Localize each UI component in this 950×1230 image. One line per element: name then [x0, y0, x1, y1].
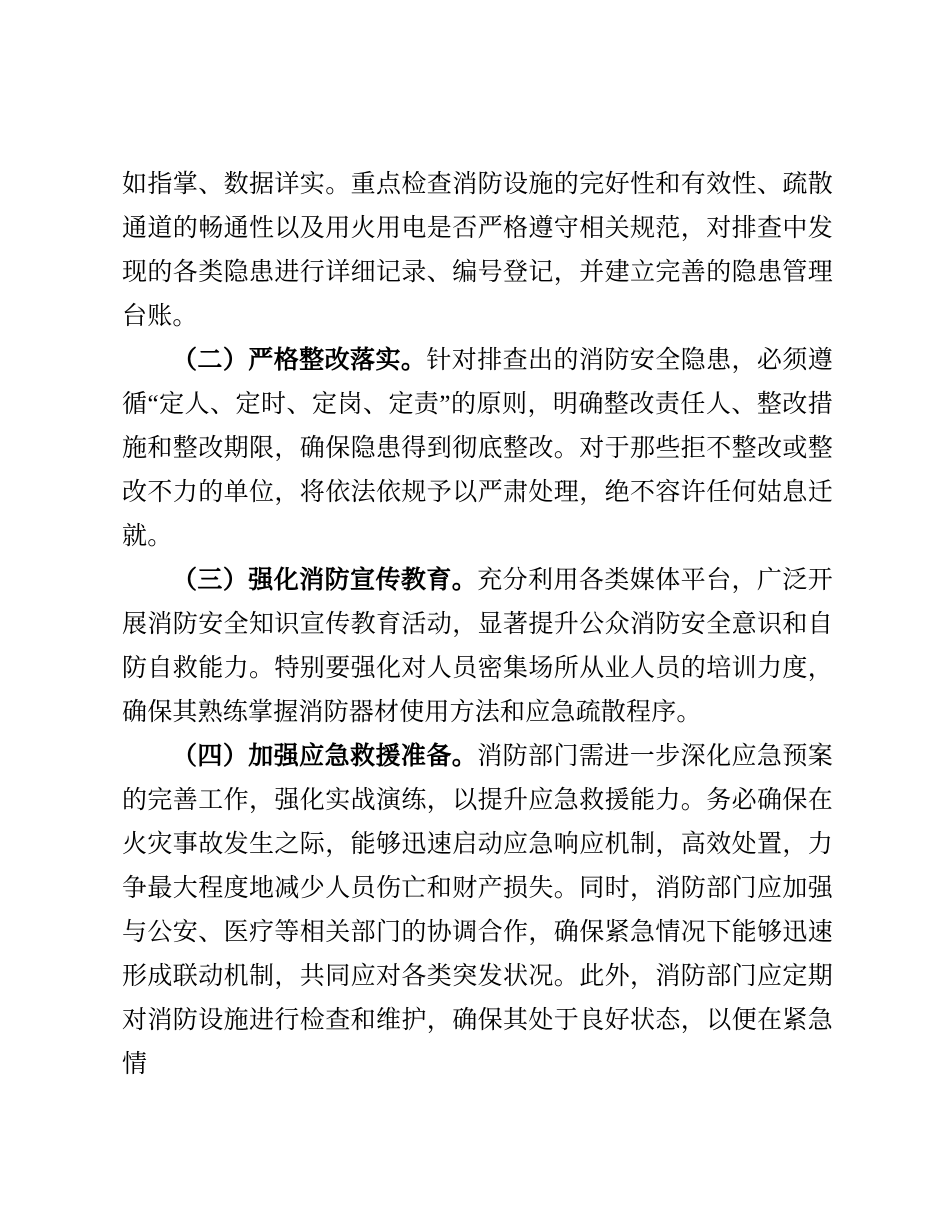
paragraph-continuation: 如指掌、数据详实。重点检查消防设施的完好性和有效性、疏散通道的畅通性以及用火用电…: [122, 163, 833, 339]
section-heading: （四）加强应急救援准备。: [172, 743, 477, 770]
paragraph-text: 针对排查出的消防安全隐患，必须遵循“定人、定时、定岗、定责”的原则，明确整改责任…: [122, 347, 833, 550]
document-body: 如指掌、数据详实。重点检查消防设施的完好性和有效性、疏散通道的畅通性以及用火用电…: [122, 163, 833, 1087]
paragraph-section-3: （三）强化消防宣传教育。充分利用各类媒体平台，广泛开展消防安全知识宣传教育活动，…: [122, 559, 833, 735]
document-page: 如指掌、数据详实。重点检查消防设施的完好性和有效性、疏散通道的畅通性以及用火用电…: [0, 0, 950, 1230]
section-heading: （三）强化消防宣传教育。: [172, 567, 477, 594]
paragraph-section-2: （二）严格整改落实。针对排查出的消防安全隐患，必须遵循“定人、定时、定岗、定责”…: [122, 339, 833, 559]
paragraph-text: 消防部门需进一步深化应急预案的完善工作，强化实战演练，以提升应急救援能力。务必确…: [122, 743, 833, 1078]
section-heading: （二）严格整改落实。: [172, 347, 426, 374]
paragraph-text: 如指掌、数据详实。重点检查消防设施的完好性和有效性、疏散通道的畅通性以及用火用电…: [122, 171, 833, 330]
paragraph-section-4: （四）加强应急救援准备。消防部门需进一步深化应急预案的完善工作，强化实战演练，以…: [122, 735, 833, 1087]
